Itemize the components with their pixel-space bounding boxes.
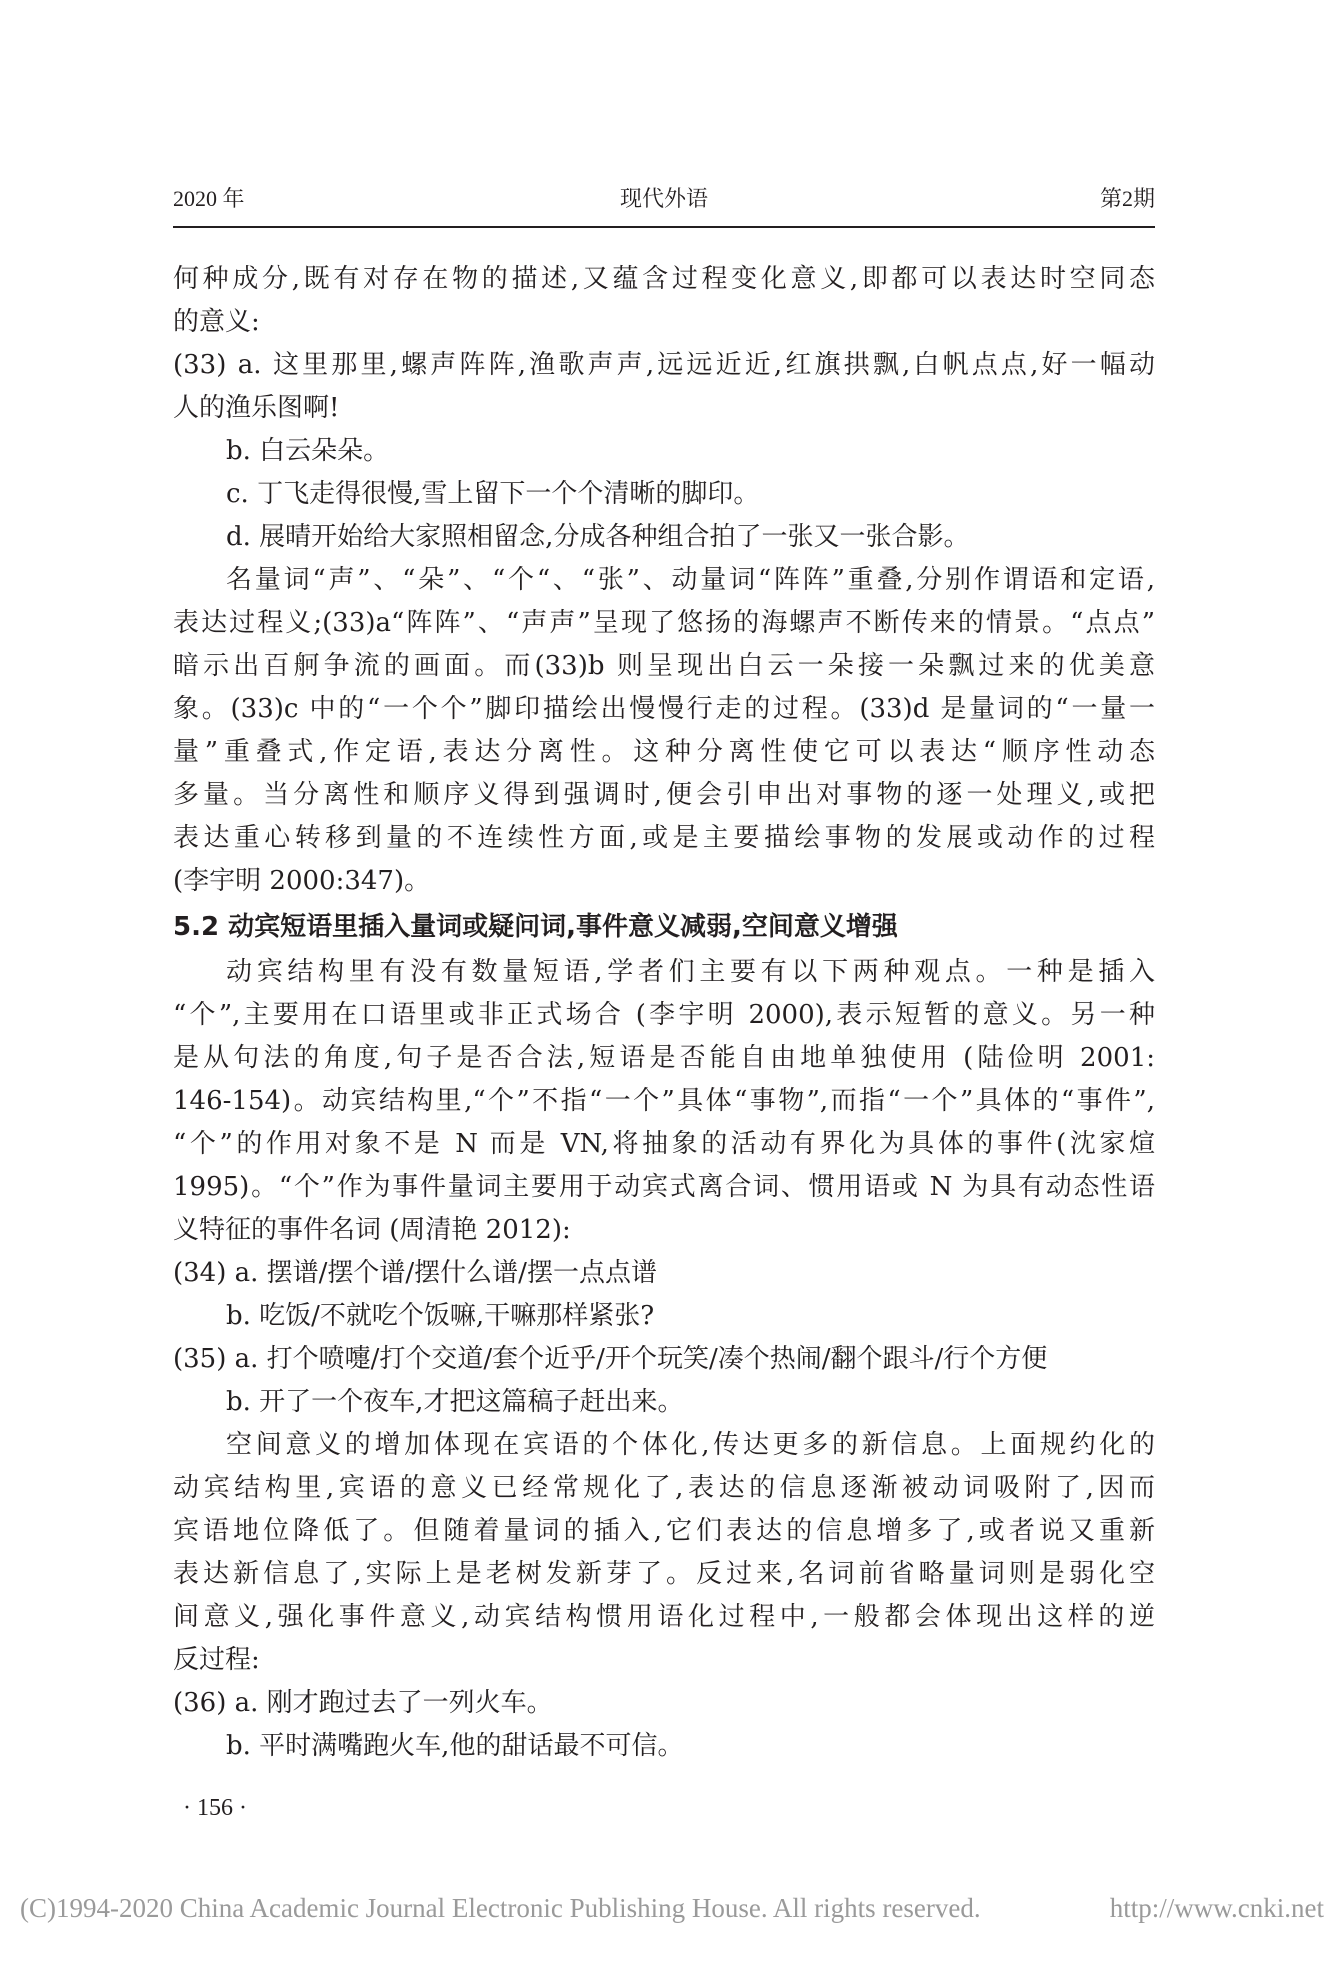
example-33b: b. 白云朵朵。 <box>173 430 1155 473</box>
text-line: 何种成分,既有对存在物的描述,又蕴含过程变化意义,即都可以表达时空同态 <box>173 258 1155 301</box>
example-34b: b. 吃饭/不就吃个饭嘛,干嘛那样紧张? <box>173 1295 1155 1338</box>
paragraph-line: 象。(33)c 中的“一个个”脚印描绘出慢慢行走的过程。(33)d 是量词的“一… <box>173 688 1155 731</box>
paragraph-line: “个”的作用对象不是 N 而是 VN,将抽象的活动有界化为具体的事件(沈家煊 <box>173 1123 1155 1166</box>
paragraph-line: 动宾结构里有没有数量短语,学者们主要有以下两种观点。一种是插入 <box>173 951 1155 994</box>
paragraph-line: 表达过程义;(33)a“阵阵”、“声声”呈现了悠扬的海螺声不断传来的情景。“点点… <box>173 602 1155 645</box>
page-body: 何种成分,既有对存在物的描述,又蕴含过程变化意义,即都可以表达时空同态 的意义:… <box>173 258 1155 1768</box>
example-35a: (35) a. 打个喷嚏/打个交道/套个近乎/开个玩笑/凑个热闹/翻个跟斗/行个… <box>173 1338 1155 1381</box>
text-line: 的意义: <box>173 301 1155 344</box>
paragraph-line: 表达重心转移到量的不连续性方面,或是主要描绘事物的发展或动作的过程 <box>173 817 1155 860</box>
example-33d: d. 展晴开始给大家照相留念,分成各种组合拍了一张又一张合影。 <box>173 516 1155 559</box>
section-heading: 5.2 动宾短语里插入量词或疑问词,事件意义减弱,空间意义增强 <box>173 903 1155 951</box>
paragraph-line: 空间意义的增加体现在宾语的个体化,传达更多的新信息。上面规约化的 <box>173 1424 1155 1467</box>
paragraph-line: 1995)。“个”作为事件量词主要用于动宾式离合词、惯用语或 N 为具有动态性语 <box>173 1166 1155 1209</box>
paragraph-line: 反过程: <box>173 1639 1155 1682</box>
paragraph-line: 间意义,强化事件意义,动宾结构惯用语化过程中,一般都会体现出这样的逆 <box>173 1596 1155 1639</box>
cnki-link[interactable]: http://www.cnki.net <box>1110 1893 1324 1924</box>
paragraph-line: 146-154)。动宾结构里,“个”不指“一个”具体“事物”,而指“一个”具体的… <box>173 1080 1155 1123</box>
copyright-text: (C)1994-2020 China Academic Journal Elec… <box>20 1893 981 1923</box>
paragraph-line: 量”重叠式,作定语,表达分离性。这种分离性使它可以表达“顺序性动态 <box>173 731 1155 774</box>
header-journal-title: 现代外语 <box>173 182 1155 213</box>
paragraph-line: 名量词“声”、“朵”、“个“、“张”、动量词“阵阵”重叠,分别作谓语和定语, <box>173 559 1155 602</box>
header-rule <box>173 226 1155 228</box>
example-33a-cont: 人的渔乐图啊! <box>173 387 1155 430</box>
paragraph-line: “个”,主要用在口语里或非正式场合 (李宇明 2000),表示短暂的意义。另一种 <box>173 994 1155 1037</box>
paragraph-line: (李宇明 2000:347)。 <box>173 860 1155 903</box>
copyright-notice: (C)1994-2020 China Academic Journal Elec… <box>20 1893 1330 1924</box>
paragraph-line: 宾语地位降低了。但随着量词的插入,它们表达的信息增多了,或者说又重新 <box>173 1510 1155 1553</box>
example-36a: (36) a. 刚才跑过去了一列火车。 <box>173 1682 1155 1725</box>
page-number: · 156 · <box>183 1795 247 1822</box>
paragraph-line: 表达新信息了,实际上是老树发新芽了。反过来,名词前省略量词则是弱化空 <box>173 1553 1155 1596</box>
running-header: 2020 年 现代外语 第2期 <box>173 182 1155 212</box>
paragraph-line: 义特征的事件名词 (周清艳 2012): <box>173 1209 1155 1252</box>
paragraph-line: 多量。当分离性和顺序义得到强调时,便会引申出对事物的逐一处理义,或把 <box>173 774 1155 817</box>
example-33c: c. 丁飞走得很慢,雪上留下一个个清晰的脚印。 <box>173 473 1155 516</box>
header-issue: 第2期 <box>1100 182 1155 213</box>
example-35b: b. 开了一个夜车,才把这篇稿子赶出来。 <box>173 1381 1155 1424</box>
paragraph-line: 暗示出百舸争流的画面。而(33)b 则呈现出白云一朵接一朵飘过来的优美意 <box>173 645 1155 688</box>
example-33a: (33) a. 这里那里,螺声阵阵,渔歌声声,远远近近,红旗拱飘,白帆点点,好一… <box>173 344 1155 387</box>
example-36b: b. 平时满嘴跑火车,他的甜话最不可信。 <box>173 1725 1155 1768</box>
example-34a: (34) a. 摆谱/摆个谱/摆什么谱/摆一点点谱 <box>173 1252 1155 1295</box>
paragraph-line: 是从句法的角度,句子是否合法,短语是否能自由地单独使用 (陆俭明 2001: <box>173 1037 1155 1080</box>
paragraph-line: 动宾结构里,宾语的意义已经常规化了,表达的信息逐渐被动词吸附了,因而 <box>173 1467 1155 1510</box>
